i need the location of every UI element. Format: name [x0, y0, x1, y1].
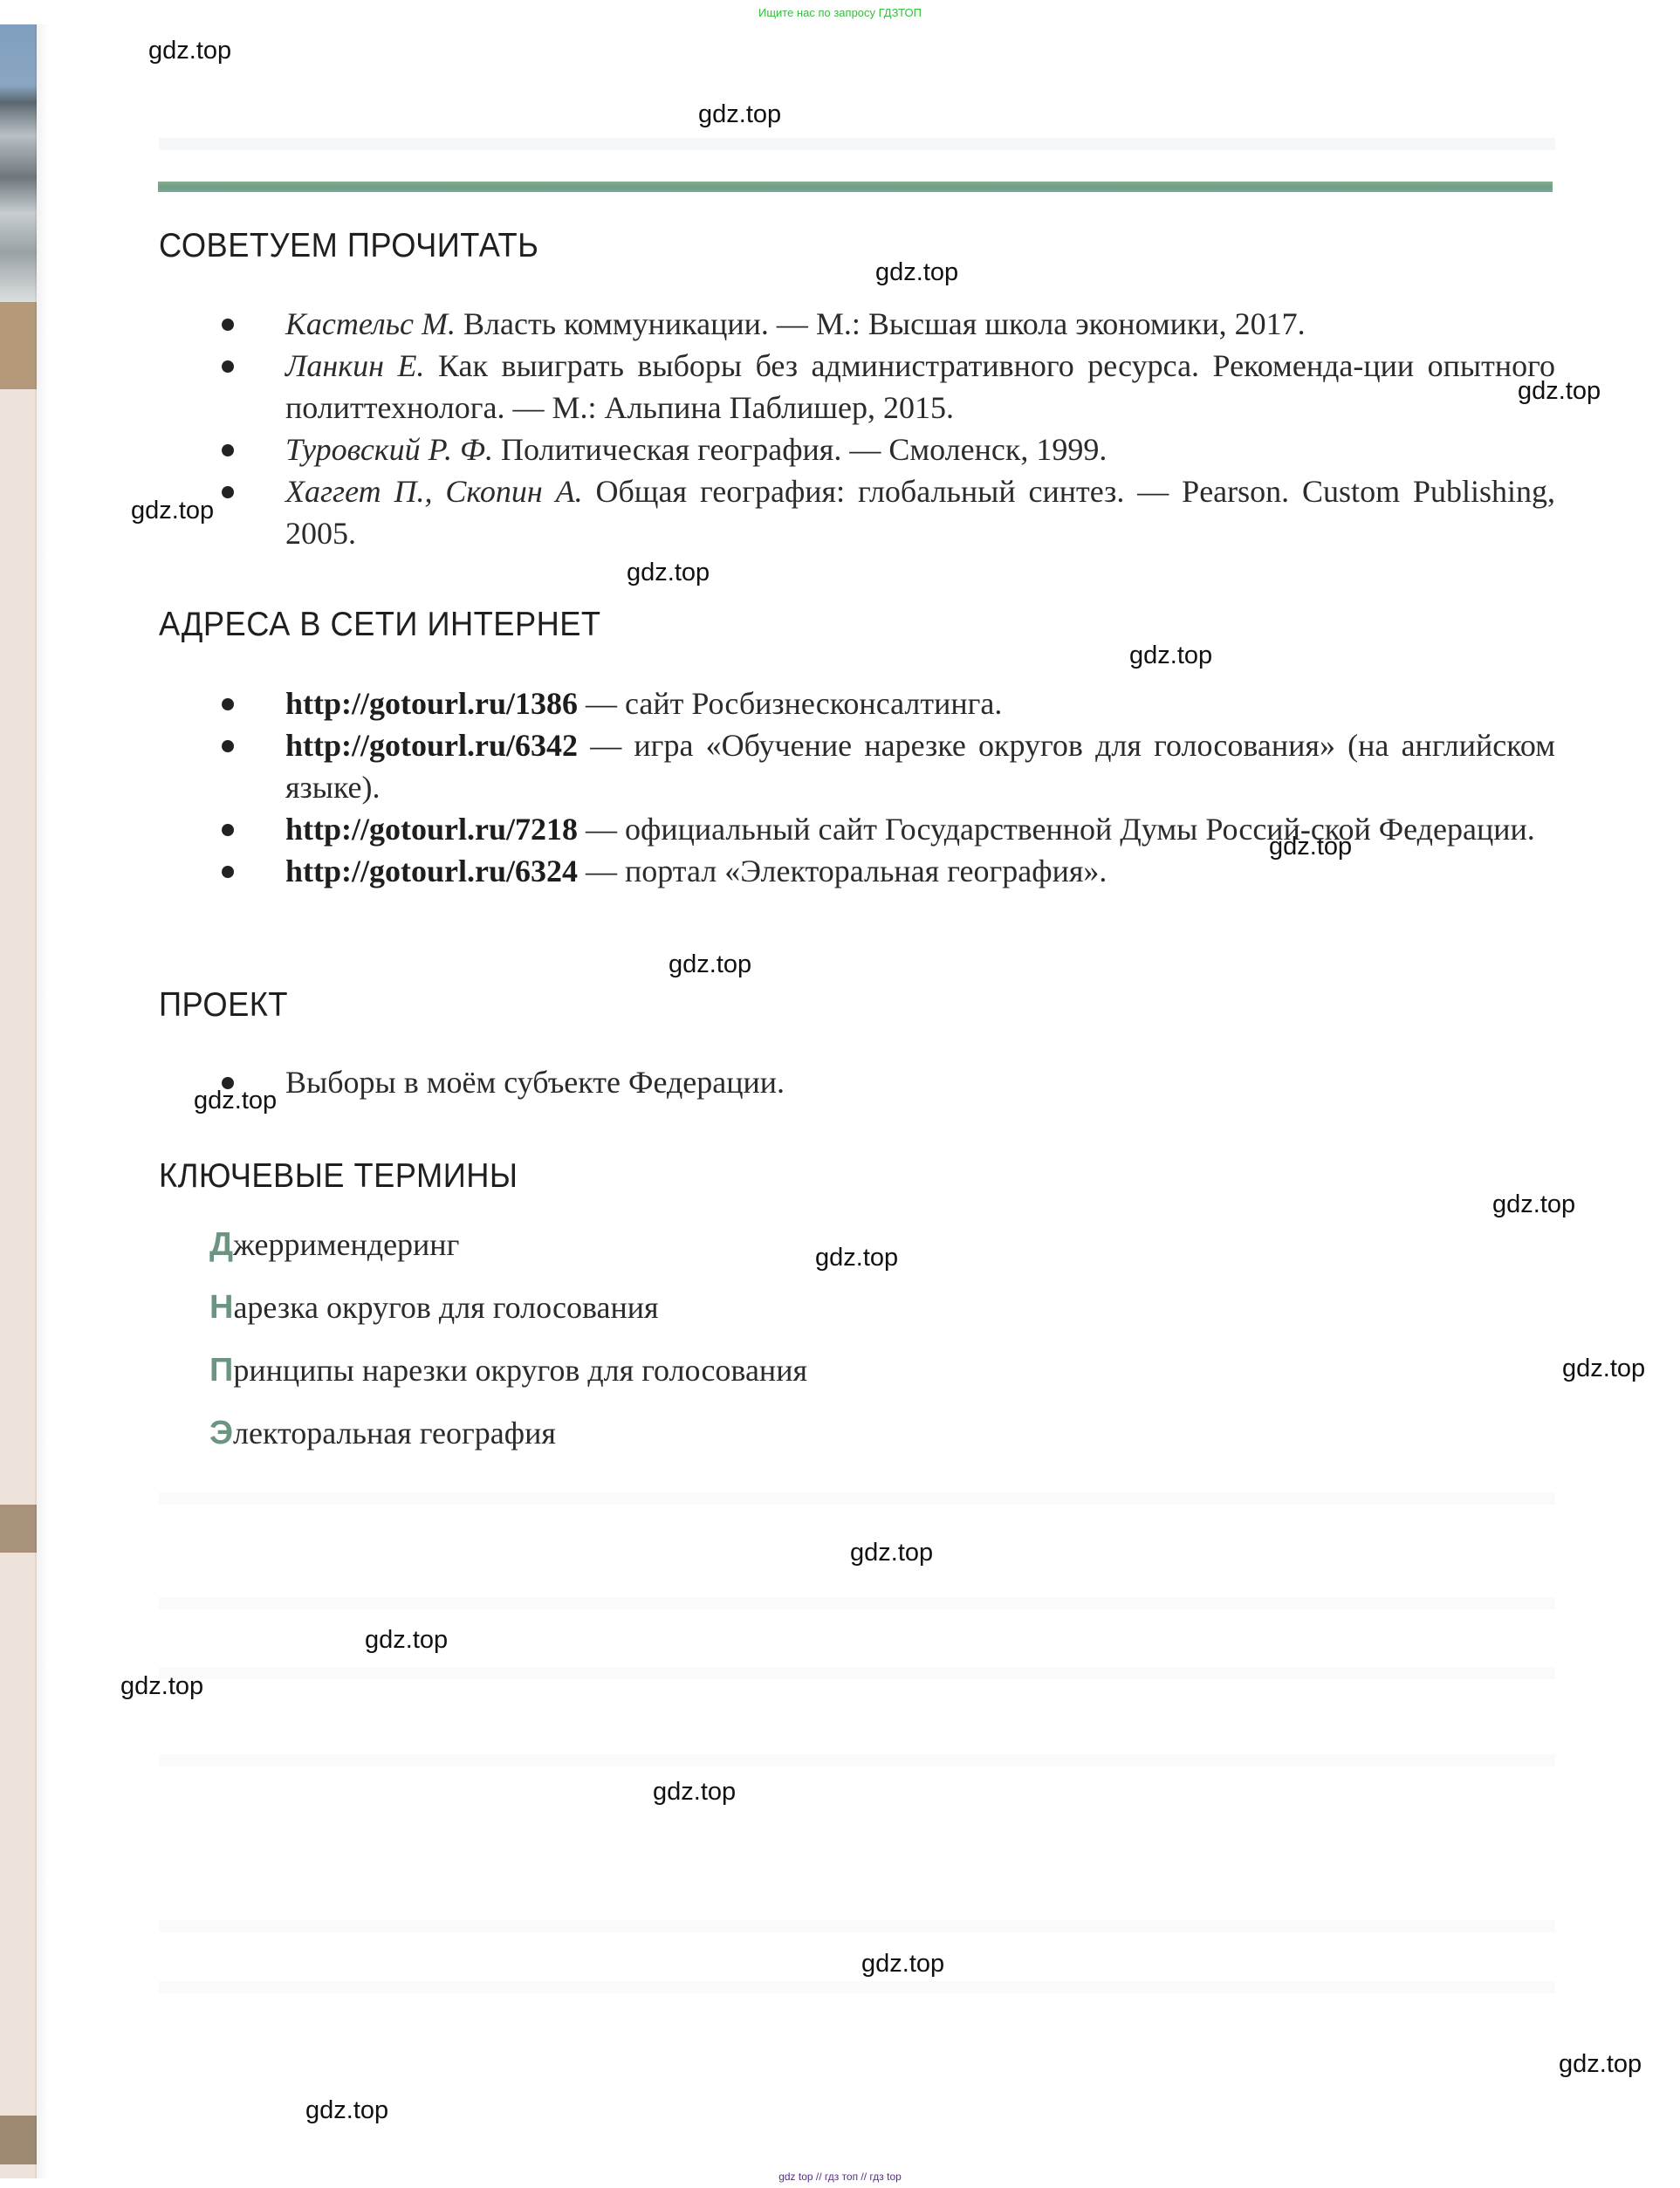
edge-band	[0, 1505, 37, 1553]
project-item: Выборы в моём субъекте Федерации.	[159, 1061, 1555, 1103]
key-term: Джерримендеринг	[209, 1224, 807, 1286]
bullet-icon	[222, 740, 234, 752]
watermark-text: gdz.top	[850, 1539, 933, 1567]
bullet-icon	[222, 319, 234, 331]
address-link[interactable]: http://gotourl.ru/6324	[285, 854, 578, 888]
watermark-text: gdz.top	[669, 950, 751, 979]
bleed-through-line	[159, 1920, 1555, 1932]
heading-recommended-reading: СОВЕТУЕМ ПРОЧИТАТЬ	[159, 227, 538, 265]
address-link[interactable]: http://gotourl.ru/1386	[285, 686, 578, 721]
reading-text: Власть коммуникации. — М.: Высшая школа …	[456, 306, 1306, 341]
reading-item: Ланкин Е. Как выиграть выборы без админи…	[159, 345, 1555, 429]
heading-key-terms: КЛЮЧЕВЫЕ ТЕРМИНЫ	[159, 1157, 518, 1196]
bullet-icon	[222, 360, 234, 373]
watermark-text: gdz.top	[148, 37, 231, 65]
reading-author: Хаггет П., Скопин А.	[285, 474, 583, 509]
bleed-through-line	[159, 1492, 1555, 1505]
address-description: — сайт Росбизнесконсалтинга.	[578, 686, 1002, 721]
watermark-text: gdz.top	[653, 1778, 736, 1807]
reading-author: Туровский Р. Ф.	[285, 432, 493, 467]
term-rest: жерримендеринг	[233, 1227, 459, 1262]
watermark-text: gdz.top	[1129, 641, 1212, 670]
reading-item: Кастельс М. Власть коммуникации. — М.: В…	[159, 303, 1555, 345]
address-description: — официальный сайт Государственной Думы …	[578, 812, 1535, 847]
reading-text: Как выиграть выборы без административног…	[285, 348, 1555, 425]
address-link[interactable]: http://gotourl.ru/6342	[285, 728, 578, 763]
reading-author: Кастельс М.	[285, 306, 456, 341]
term-initial-letter: Э	[209, 1415, 233, 1451]
bleed-through-line	[159, 138, 1555, 150]
edge-photo-fragment	[0, 24, 37, 302]
watermark-text: gdz.top	[698, 100, 781, 129]
address-link[interactable]: http://gotourl.ru/7218	[285, 812, 578, 847]
watermark-text: gdz.top	[120, 1672, 203, 1701]
reading-text: Политическая география. — Смоленск, 1999…	[493, 432, 1107, 467]
watermark-text: gdz.top	[627, 559, 710, 587]
term-initial-letter: Н	[209, 1289, 233, 1326]
project-list: Выборы в моём субъекте Федерации.	[159, 1061, 1555, 1103]
watermark-text: gdz.top	[131, 497, 214, 525]
recommended-reading-list: Кастельс М. Власть коммуникации. — М.: В…	[159, 303, 1555, 554]
bullet-icon	[222, 866, 234, 878]
project-text: Выборы в моём субъекте Федерации.	[285, 1065, 785, 1100]
watermark-text: gdz.top	[1562, 1355, 1645, 1383]
bullet-icon	[222, 486, 234, 498]
bleed-through-line	[159, 1981, 1555, 1993]
section-divider-rule	[158, 182, 1553, 192]
edge-band	[0, 2116, 37, 2164]
reading-author: Ланкин Е.	[285, 348, 424, 383]
edge-band	[0, 389, 37, 1505]
heading-project: ПРОЕКТ	[159, 986, 288, 1025]
address-item: http://gotourl.ru/6342 — игра «Обучение …	[159, 724, 1555, 808]
reading-item: Хаггет П., Скопин А. Общая география: гл…	[159, 470, 1555, 554]
watermark-text: gdz.top	[1559, 2050, 1642, 2079]
watermark-text: gdz.top	[815, 1244, 898, 1272]
reading-item: Туровский Р. Ф. Политическая география. …	[159, 429, 1555, 470]
bullet-icon	[222, 824, 234, 836]
heading-internet-addresses: АДРЕСА В СЕТИ ИНТЕРНЕТ	[159, 606, 601, 644]
bullet-icon	[222, 444, 234, 456]
watermark-text: gdz.top	[365, 1626, 448, 1655]
edge-band	[0, 302, 37, 389]
bullet-icon	[222, 698, 234, 710]
key-term: Электоральная география	[209, 1412, 807, 1475]
watermark-text: gdz.top	[1518, 377, 1601, 406]
watermark-text: gdz.top	[194, 1087, 277, 1115]
address-item: http://gotourl.ru/1386 — сайт Росбизнеск…	[159, 682, 1555, 724]
page-fold-shadow	[35, 24, 49, 2178]
bleed-through-line	[159, 1667, 1555, 1679]
watermark-text: gdz.top	[1492, 1190, 1575, 1219]
term-initial-letter: П	[209, 1352, 233, 1389]
term-rest: лекторальная география	[233, 1416, 556, 1451]
top-banner: Ищите нас по запросу ГДЗТОП	[0, 0, 1680, 26]
watermark-text: gdz.top	[305, 2096, 388, 2125]
term-rest: ринципы нарезки округов для голосования	[233, 1353, 807, 1388]
page-edge-strip	[0, 24, 37, 2178]
term-rest: арезка округов для голосования	[233, 1290, 658, 1325]
term-initial-letter: Д	[209, 1226, 233, 1263]
footer-watermark: gdz top // гдз топ // гдз top	[0, 2165, 1680, 2188]
bleed-through-line	[159, 1754, 1555, 1766]
address-description: — портал «Электоральная география».	[578, 854, 1107, 888]
edge-band	[0, 1553, 37, 2116]
watermark-text: gdz.top	[1269, 833, 1352, 861]
watermark-text: gdz.top	[875, 258, 958, 287]
watermark-text: gdz.top	[861, 1950, 944, 1979]
bleed-through-line	[159, 1597, 1555, 1609]
key-term: Нарезка округов для голосования	[209, 1286, 807, 1349]
key-term: Принципы нарезки округов для голосования	[209, 1349, 807, 1412]
key-terms-list: Джерримендеринг Нарезка округов для голо…	[209, 1224, 807, 1475]
